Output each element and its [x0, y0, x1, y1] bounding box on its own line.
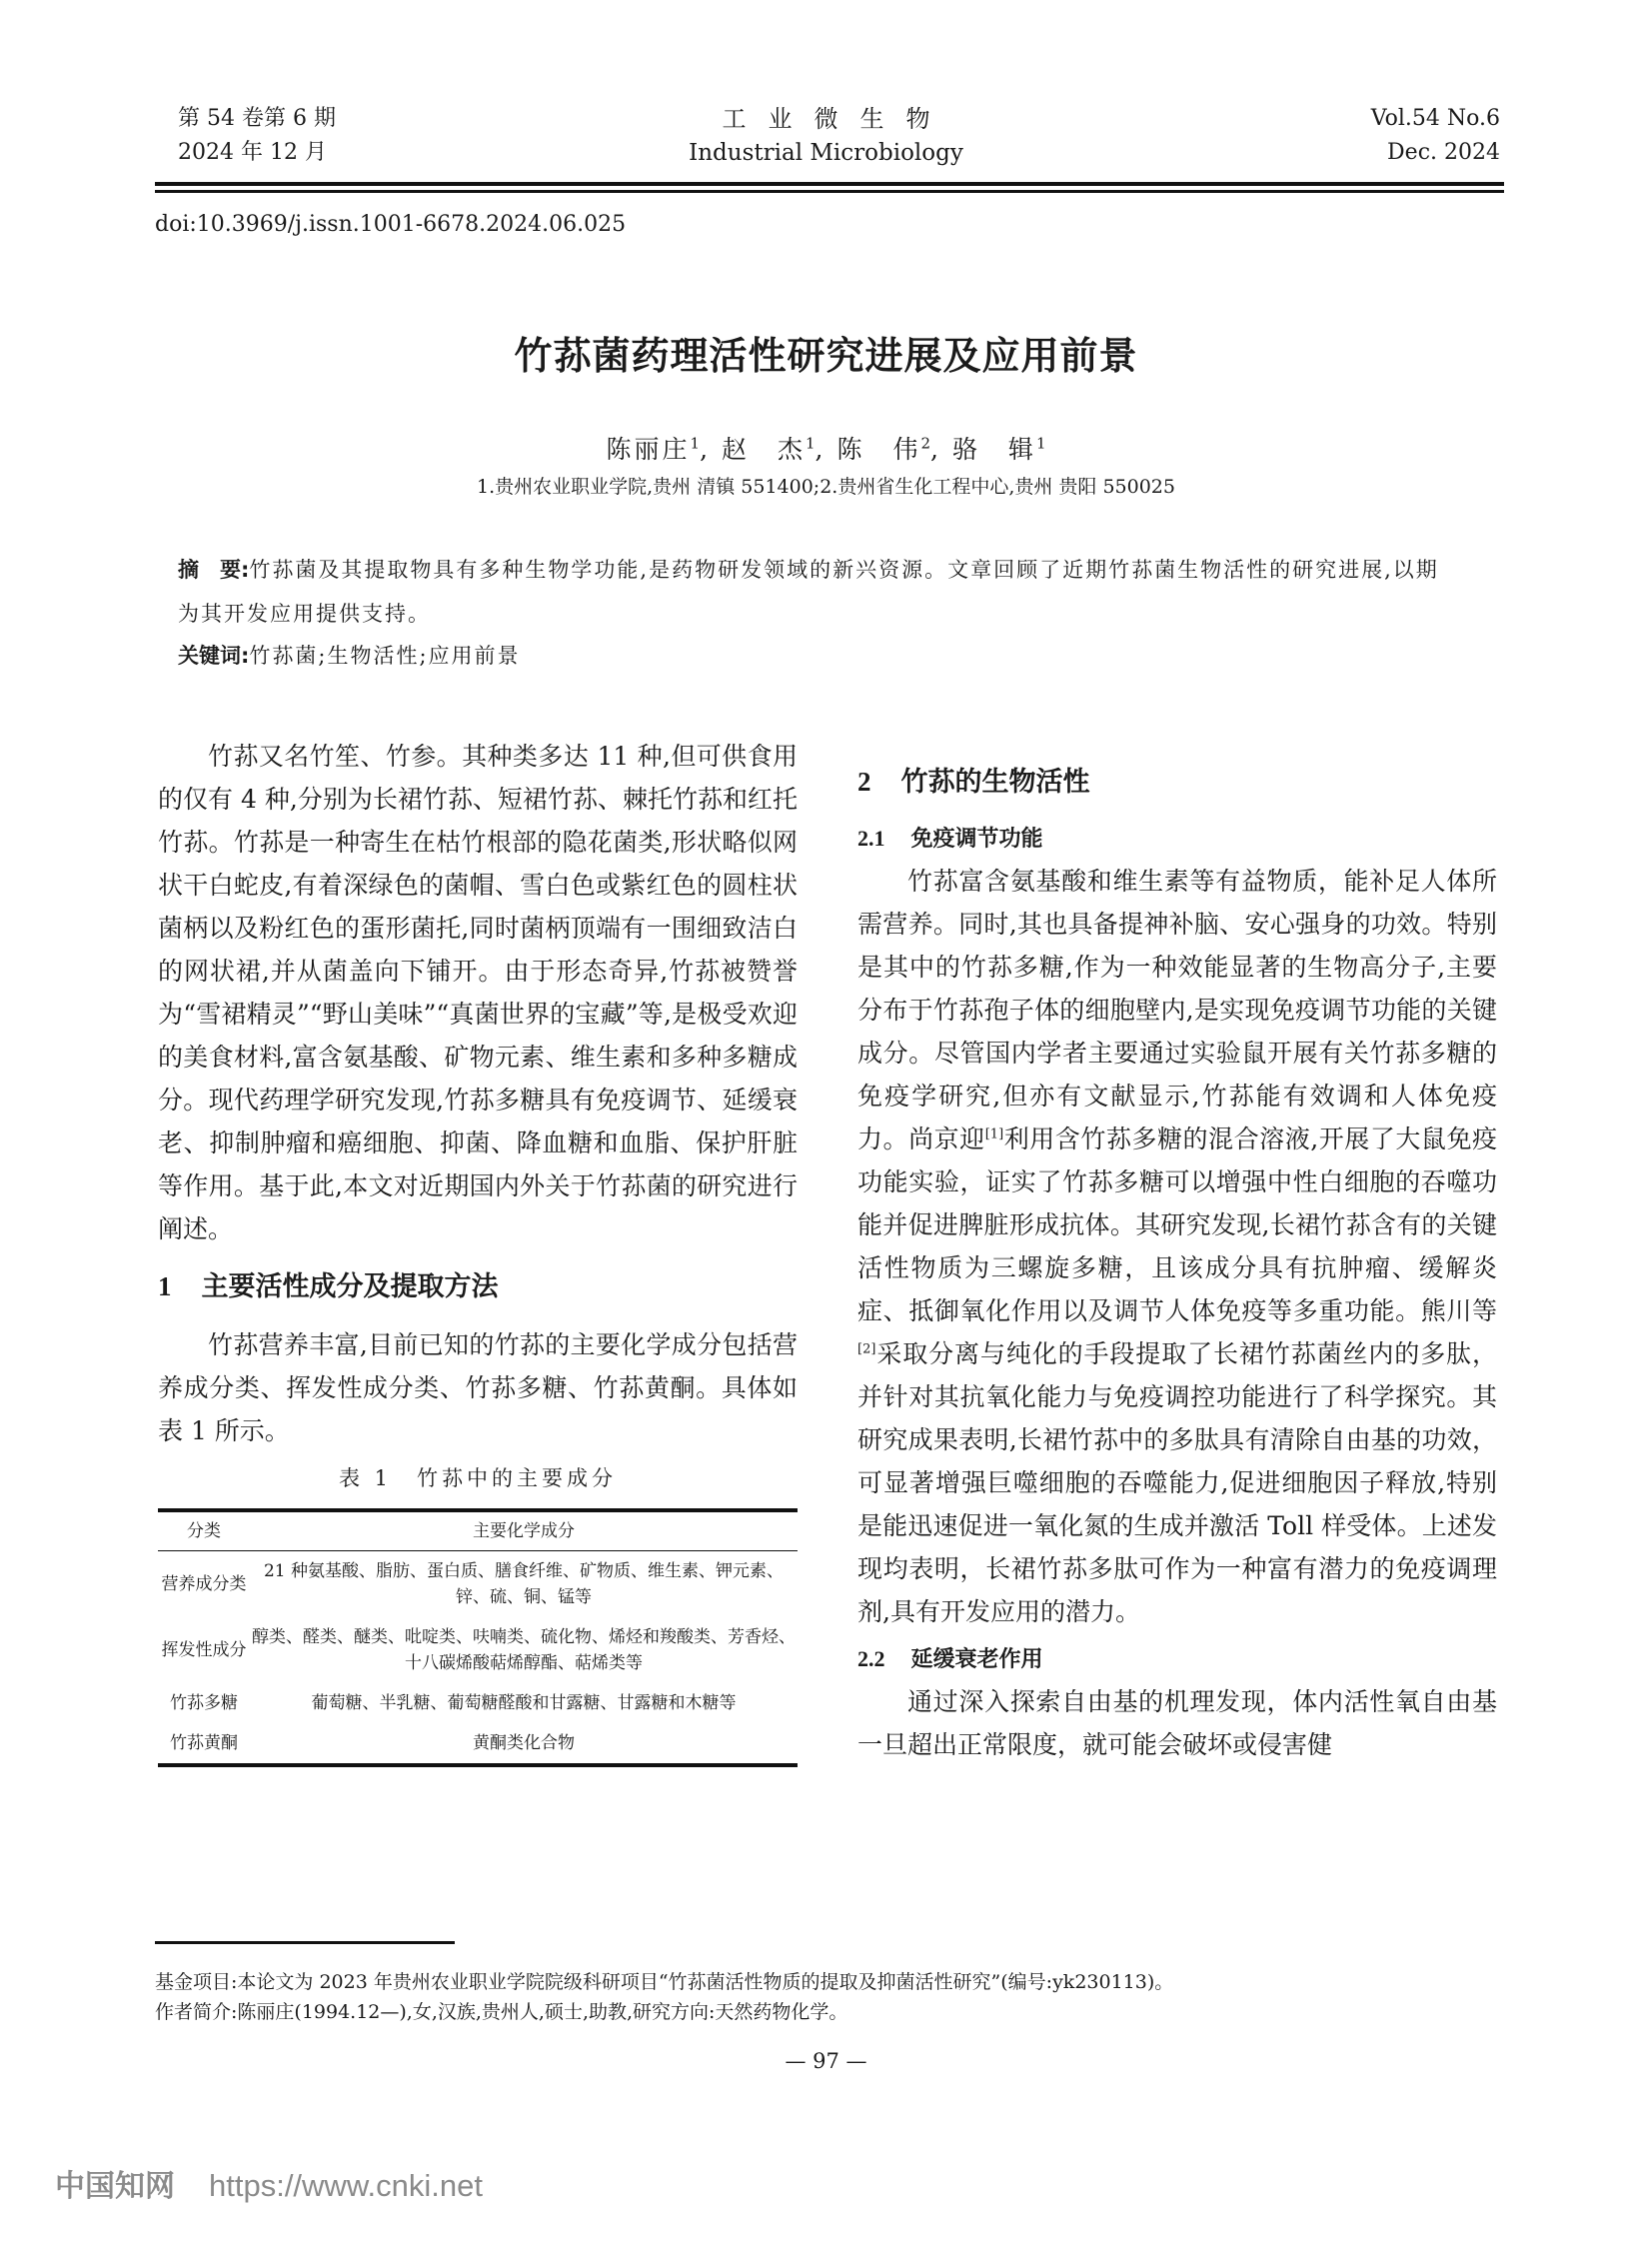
table-header-category: 分类 — [158, 1510, 250, 1551]
left-column: 竹荪又名竹笙、竹参。其种类多达 11 种,但可供食用的仅有 4 种,分别为长裙竹… — [158, 735, 798, 1767]
author-affiliation-mark: 1 — [691, 435, 701, 453]
keywords: 关键词:竹荪菌;生物活性;应用前景 — [178, 640, 521, 670]
footnote-fund: 基金项目:本论文为 2023 年贵州农业职业学院院级科研项目“竹荪菌活性物质的提… — [155, 1967, 1173, 1997]
table-cell-components: 葡萄糖、半乳糖、葡萄糖醛酸和甘露糖、甘露糖和木糖等 — [250, 1683, 798, 1723]
paragraph-text: 采取分离与纯化的手段提取了长裙竹荪菌丝内的多肽，并针对其抗氧化能力与免疫调控功能… — [857, 1339, 1497, 1626]
header-date-en: Dec. 2024 — [1371, 136, 1500, 170]
footnote-rule — [155, 1941, 455, 1944]
section-heading-1: 1主要活性成分及提取方法 — [158, 1264, 798, 1309]
subsection-number: 2.1 — [857, 826, 885, 851]
footnote-author: 作者简介:陈丽庄(1994.12—),女,汉族,贵州人,硕士,助教,研究方向:天… — [155, 1997, 1173, 2027]
author-affiliation-mark: 1 — [806, 435, 816, 453]
section1-paragraph: 竹荪营养丰富,目前已知的竹荪的主要化学成分包括营养成分类、挥发性成分类、竹荪多糖… — [158, 1323, 798, 1452]
header-volume-info: Vol.54 No.6 Dec. 2024 — [1371, 102, 1500, 170]
author: 骆 辑 — [952, 435, 1036, 464]
table-header-components: 主要化学成分 — [250, 1510, 798, 1551]
citation-ref-1[interactable]: [1] — [985, 1127, 1003, 1142]
footnotes: 基金项目:本论文为 2023 年贵州农业职业学院院级科研项目“竹荪菌活性物质的提… — [155, 1967, 1173, 2027]
abstract-text: 竹荪菌及其提取物具有多种生物学功能,是药物研发领域的新兴资源。文章回顾了近期竹荪… — [178, 558, 1439, 626]
table-cell-category: 营养成分类 — [158, 1551, 250, 1618]
author-affiliation-mark: 2 — [920, 435, 930, 453]
doi[interactable]: doi:10.3969/j.issn.1001-6678.2024.06.025 — [155, 212, 626, 237]
right-column: 2竹荪的生物活性 2.1免疫调节功能 竹荪富含氨基酸和维生素等有益物质，能补足人… — [857, 760, 1497, 1766]
subsection-title: 延缓衰老作用 — [911, 1647, 1043, 1672]
subsection-heading-2-1: 2.1免疫调节功能 — [857, 819, 1497, 860]
table-cell-category: 挥发性成分 — [158, 1617, 250, 1683]
table-cell-components: 黄酮类化合物 — [250, 1723, 798, 1765]
author: 陈丽庄 — [607, 435, 691, 464]
table-cell-category: 竹荪黄酮 — [158, 1723, 250, 1765]
author: 陈 伟 — [836, 435, 920, 464]
keywords-label: 关键词: — [178, 644, 249, 668]
subsection-2-2-paragraph: 通过深入探索自由基的机理发现，体内活性氧自由基一旦超出正常限度，就可能会破坏或侵… — [857, 1680, 1497, 1766]
header-vol-no: Vol.54 No.6 — [1371, 102, 1500, 136]
citation-ref-2[interactable]: [2] — [857, 1342, 875, 1357]
watermark-url[interactable]: https://www.cnki.net — [209, 2168, 483, 2203]
page-number: — 97 — — [0, 2049, 1652, 2073]
header-rule-thin — [155, 190, 1504, 193]
section-heading-2: 2竹荪的生物活性 — [857, 760, 1497, 805]
table-row: 营养成分类 21 种氨基酸、脂肪、蛋白质、膳食纤维、矿物质、维生素、钾元素、锌、… — [158, 1551, 798, 1618]
table-row: 竹荪黄酮 黄酮类化合物 — [158, 1723, 798, 1765]
table-row: 挥发性成分 醇类、醛类、醚类、吡啶类、呋喃类、硫化物、烯烃和羧酸类、芳香烃、十八… — [158, 1617, 798, 1683]
author-affiliation-mark: 1 — [1036, 435, 1046, 453]
author: 赵 杰 — [722, 435, 806, 464]
section-title: 主要活性成分及提取方法 — [202, 1271, 499, 1302]
subsection-2-1-paragraph: 竹荪富含氨基酸和维生素等有益物质，能补足人体所需营养。同时,其也具备提神补脑、安… — [857, 860, 1497, 1633]
table-cell-components: 21 种氨基酸、脂肪、蛋白质、膳食纤维、矿物质、维生素、钾元素、锌、硫、铜、锰等 — [250, 1551, 798, 1618]
section-title: 竹荪的生物活性 — [901, 767, 1090, 798]
section-number: 2 — [857, 767, 871, 797]
components-table: 分类 主要化学成分 营养成分类 21 种氨基酸、脂肪、蛋白质、膳食纤维、矿物质、… — [158, 1508, 798, 1767]
abstract-label: 摘 要: — [178, 558, 249, 582]
table-cell-category: 竹荪多糖 — [158, 1683, 250, 1723]
intro-paragraph: 竹荪又名竹笙、竹参。其种类多达 11 种,但可供食用的仅有 4 种,分别为长裙竹… — [158, 735, 798, 1250]
abstract: 摘 要:竹荪菌及其提取物具有多种生物学功能,是药物研发领域的新兴资源。文章回顾了… — [178, 548, 1457, 636]
paragraph-text: 竹荪富含氨基酸和维生素等有益物质，能补足人体所需营养。同时,其也具备提神补脑、安… — [857, 867, 1497, 1153]
subsection-title: 免疫调节功能 — [911, 827, 1043, 852]
paragraph-text: 利用含竹荪多糖的混合溶液,开展了大鼠免疫功能实验，证实了竹荪多糖可以增强中性白细… — [857, 1124, 1497, 1325]
header-rule — [155, 182, 1504, 186]
author-list: 陈丽庄1, 赵 杰1, 陈 伟2, 骆 辑1 — [0, 430, 1652, 466]
table-header-row: 分类 主要化学成分 — [158, 1510, 798, 1551]
section-number: 1 — [158, 1271, 172, 1301]
table-row: 竹荪多糖 葡萄糖、半乳糖、葡萄糖醛酸和甘露糖、甘露糖和木糖等 — [158, 1683, 798, 1723]
cnki-watermark: 中国知网https://www.cnki.net — [55, 2161, 483, 2205]
affiliations: 1.贵州农业职业学院,贵州 清镇 551400;2.贵州省生化工程中心,贵州 贵… — [0, 472, 1652, 499]
table-caption: 表 1 竹荪中的主要成分 — [158, 1462, 798, 1494]
paper-title: 竹荪菌药理活性研究进展及应用前景 — [0, 325, 1652, 380]
keywords-text: 竹荪菌;生物活性;应用前景 — [249, 644, 520, 668]
table-cell-components: 醇类、醛类、醚类、吡啶类、呋喃类、硫化物、烯烃和羧酸类、芳香烃、十八碳烯酸萜烯醇… — [250, 1617, 798, 1683]
subsection-heading-2-2: 2.2延缓衰老作用 — [857, 1639, 1497, 1680]
watermark-brand: 中国知网 — [55, 2169, 175, 2204]
subsection-number: 2.2 — [857, 1646, 885, 1671]
